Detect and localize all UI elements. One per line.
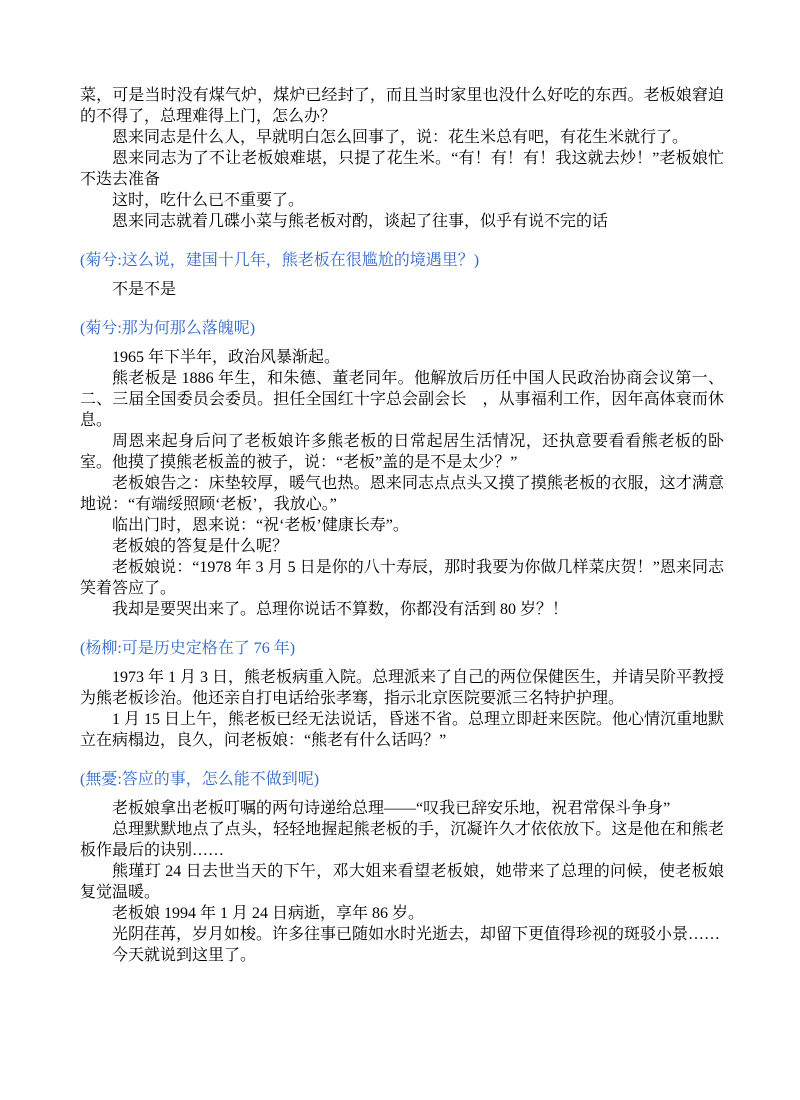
body-paragraph: 我却是要哭出来了。总理你说话不算数，你都没有活到 80 岁？！ [80,599,724,620]
body-paragraph: 熊瑾玎 24 日去世当天的下午，邓大姐来看望老板娘，她带来了总理的问候，使老板娘… [80,861,724,903]
body-paragraph: 菜，可是当时没有煤气炉，煤炉已经封了，而且当时家里也没什么好吃的东西。老板娘窘迫… [80,85,724,127]
body-paragraph: 熊老板是 1886 年生，和朱德、董老同年。他解放后历任中国人民政治协商会议第一… [80,368,724,431]
body-paragraph: 这时，吃什么已不重要了。 [80,190,724,211]
body-paragraph: 老板娘的答复是什么呢？ [80,536,724,557]
body-paragraph: 1973 年 1 月 3 日，熊老板病重入院。总理派来了自己的两位保健医生，并请… [80,667,724,709]
body-paragraph: 恩来同志是什么人，早就明白怎么回事了，说：花生米总有吧，有花生米就行了。 [80,127,724,148]
annotation-paragraph: (菊兮:那为何那么落魄呢) [80,318,724,339]
body-paragraph: 恩来同志为了不让老板娘难堪，只提了花生米。“有！有！有！我这就去炒！”老板娘忙不… [80,148,724,190]
body-paragraph: 1 月 15 日上午，熊老板已经无法说话，昏迷不省。总理立即赶来医院。他心情沉重… [80,709,724,751]
body-paragraph: 老板娘告之：床垫较厚，暖气也热。恩来同志点点头又摸了摸熊老板的衣服，这才满意地说… [80,473,724,515]
body-paragraph: 老板娘拿出老板叮嘱的两句诗递给总理——“叹我已辞安乐地，祝君常保斗争身” [80,798,724,819]
body-paragraph: 今天就说到这里了。 [80,945,724,966]
annotation-paragraph: (菊兮:这么说，建国十几年，熊老板在很尴尬的境遇里？) [80,250,724,271]
annotation-paragraph: (杨柳:可是历史定格在了 76 年) [80,638,724,659]
body-paragraph: 光阴荏苒，岁月如梭。许多往事已随如水时光逝去，却留下更值得珍视的斑驳小景…… [80,924,724,945]
body-paragraph: 老板娘说：“1978 年 3 月 5 日是你的八十寿辰，那时我要为你做几样菜庆贺… [80,557,724,599]
body-paragraph: 不是不是 [80,279,724,300]
document-content: 菜，可是当时没有煤气炉，煤炉已经封了，而且当时家里也没什么好吃的东西。老板娘窘迫… [80,85,724,966]
body-paragraph: 周恩来起身后问了老板娘许多熊老板的日常起居生活情况，还执意要看看熊老板的卧室。他… [80,431,724,473]
annotation-paragraph: (無憂:答应的事，怎么能不做到呢) [80,769,724,790]
body-paragraph: 老板娘 1994 年 1 月 24 日病逝，享年 86 岁。 [80,903,724,924]
body-paragraph: 1965 年下半年，政治风暴渐起。 [80,347,724,368]
document-page: 菜，可是当时没有煤气炉，煤炉已经封了，而且当时家里也没什么好吃的东西。老板娘窘迫… [0,0,800,1100]
body-paragraph: 恩来同志就着几碟小菜与熊老板对酌，谈起了往事，似乎有说不完的话 [80,211,724,232]
body-paragraph: 临出门时，恩来说：“祝‘老板’健康长寿”。 [80,515,724,536]
body-paragraph: 总理默默地点了点头，轻轻地握起熊老板的手，沉凝许久才依依放下。这是他在和熊老板作… [80,819,724,861]
